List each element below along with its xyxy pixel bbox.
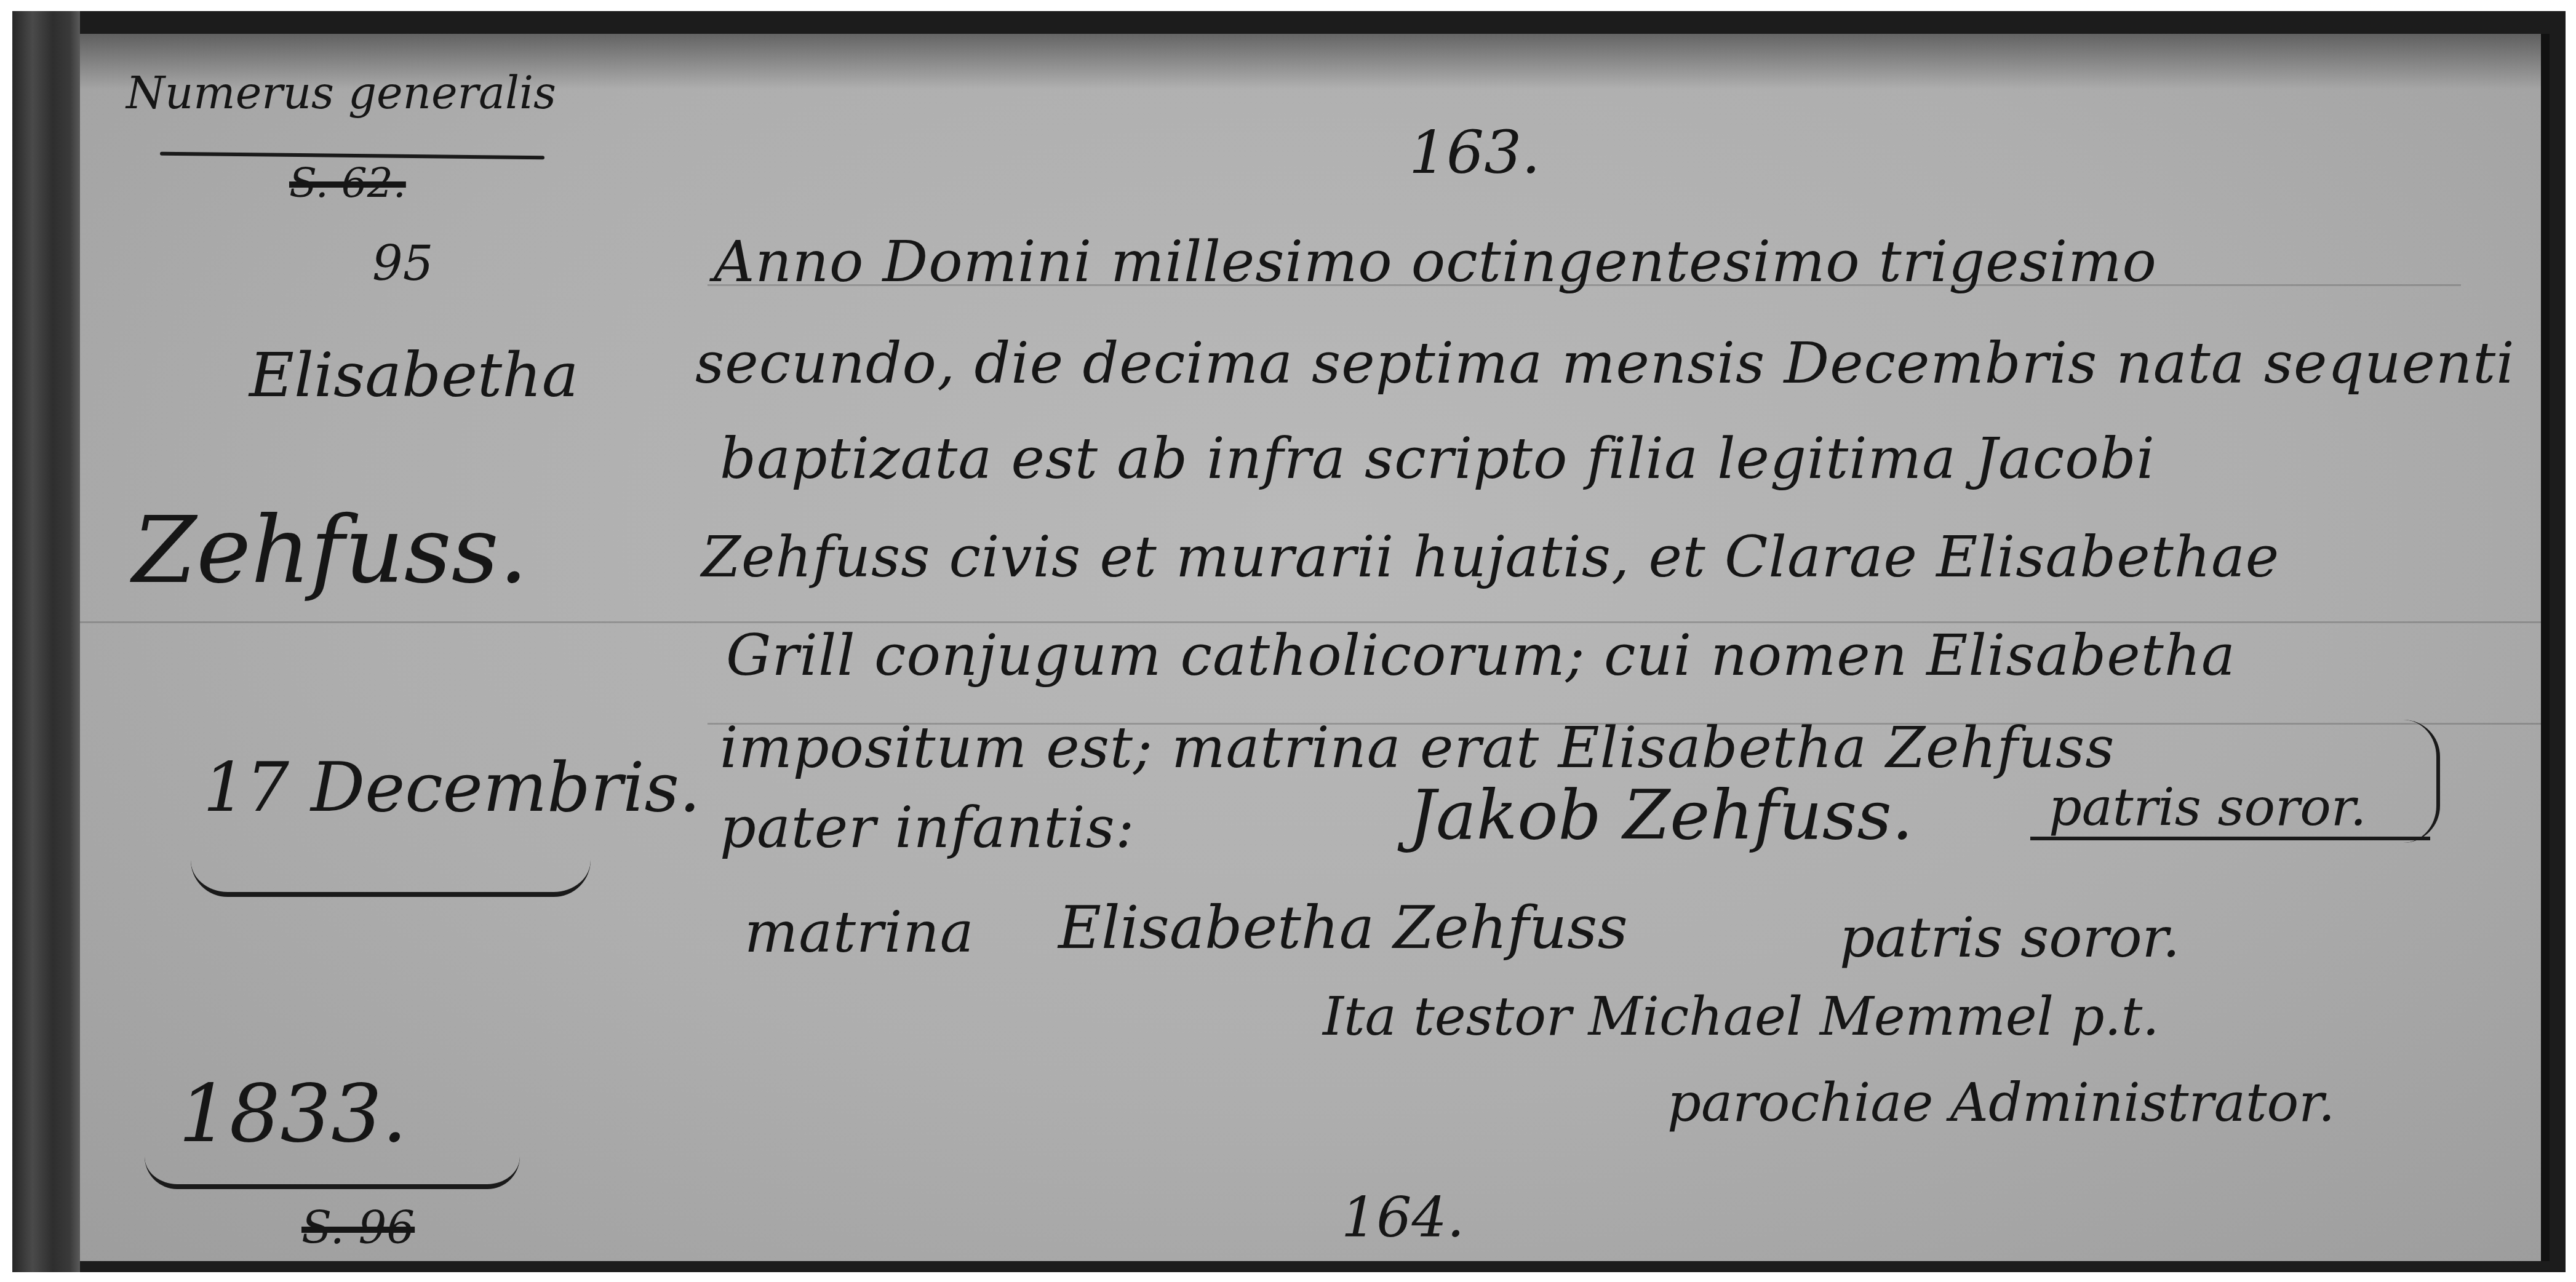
- entry-line-7: pater infantis:: [720, 800, 1135, 856]
- book-binding: [12, 11, 80, 1272]
- entry-line-6: impositum est; matrina erat Elisabetha Z…: [720, 720, 2115, 776]
- general-number: 95: [372, 240, 433, 288]
- father-note-underline: [2030, 837, 2430, 840]
- godmother-note: patris soror.: [1840, 910, 2180, 966]
- attestation: Ita testor Michael Memmel p.t.: [1323, 990, 2159, 1043]
- entry-line-5: Grill conjugum catholicorum; cui nomen E…: [726, 627, 2236, 684]
- entry-number: 163.: [1409, 123, 1541, 182]
- father-signature: Jakob Zehfuss.: [1409, 781, 1913, 849]
- page-right-edge: [2541, 34, 2550, 1261]
- entry-line-3: baptizata est ab infra scripto filia leg…: [720, 431, 2155, 487]
- attestation-title: parochiae Administrator.: [1667, 1077, 2335, 1129]
- birth-date: 17 Decembris.: [203, 754, 701, 821]
- year-heading: 1833.: [178, 1073, 407, 1153]
- entry-line-4: Zehfuss civis et murarii hujatis, et Cla…: [701, 529, 2279, 586]
- godmother-bracket: [2399, 720, 2440, 843]
- father-note: patris soror.: [2049, 781, 2366, 833]
- entry-line-1: Anno Domini millesimo octingentesimo tri…: [714, 234, 2157, 290]
- godmother-signature: Elisabetha Zehfuss: [1058, 898, 1628, 957]
- date-flourish: [191, 855, 591, 897]
- next-struck-number: S. 96: [301, 1206, 415, 1250]
- margin-header: Numerus generalis: [126, 71, 556, 115]
- entry-line-8: matrina: [744, 904, 975, 961]
- child-given-name: Elisabetha: [249, 344, 578, 406]
- page-frame: Numerus generalis S. 62. 95 Elisabetha Z…: [0, 0, 2576, 1282]
- next-entry-number: 164.: [1341, 1190, 1464, 1246]
- child-surname: Zehfuss.: [132, 504, 528, 597]
- struck-number: S. 62.: [289, 163, 406, 204]
- year-flourish: [145, 1157, 520, 1189]
- entry-line-2: secundo, die decima septima mensis Decem…: [695, 335, 2515, 392]
